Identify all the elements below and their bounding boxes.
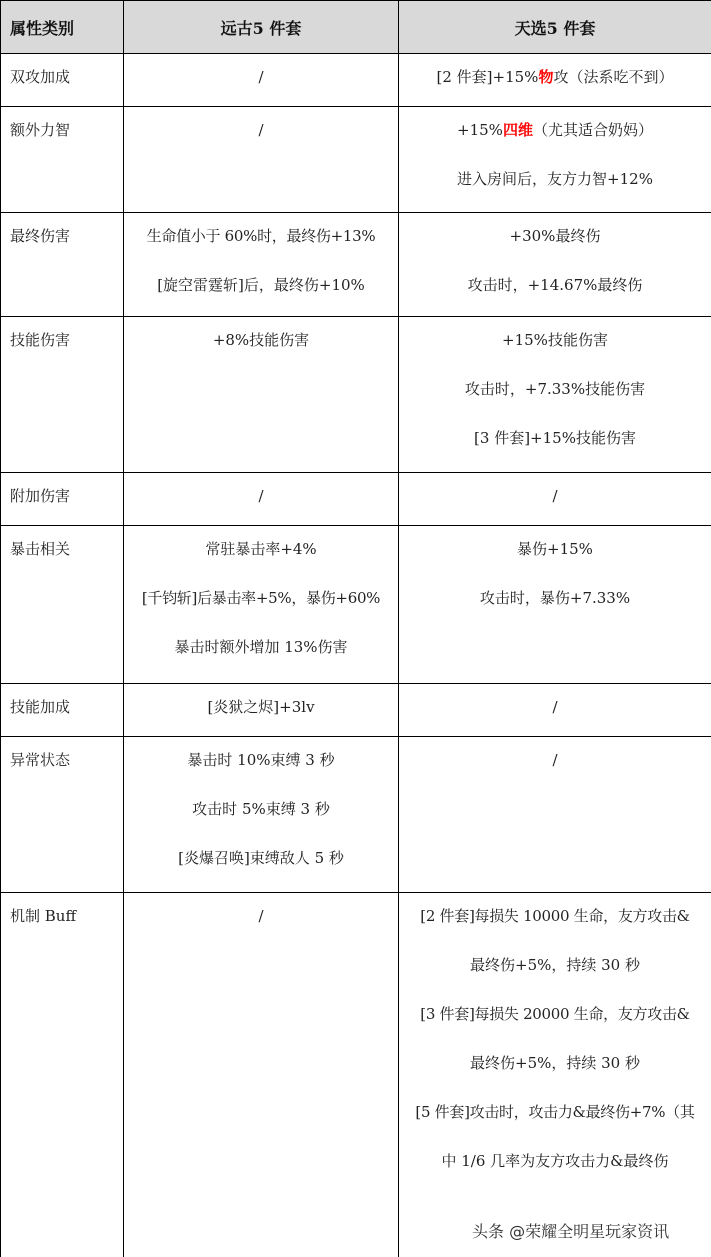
watermark: 头条 @荣耀全明星玩家资讯 [472, 1219, 669, 1242]
highlight-text: 四维 [503, 121, 533, 139]
chosen-value: 进入房间后，友方力智+12% [399, 153, 711, 205]
row-category: 技能加成 [10, 681, 123, 733]
ancient-value: 生命值小于 60%时，最终伤+13% [124, 210, 398, 262]
set-comparison-table: 属性类别 远古5 件套 天选5 件套 双攻加成 / [2 件套]+15%物攻（法… [0, 0, 711, 1257]
row-category: 最终伤害 [10, 210, 123, 262]
table-row: 机制 Buff / [2 件套]每损失 10000 生命，友方攻击& 最终伤+5… [1, 893, 711, 1257]
chosen-value: / [399, 470, 711, 522]
header-row: 属性类别 远古5 件套 天选5 件套 [1, 1, 711, 54]
ancient-value: [旋空雷霆斩]后，最终伤+10% [124, 259, 398, 311]
table-row: 附加伤害 / / [1, 473, 711, 526]
chosen-value: [2 件套]+15%物攻（法系吃不到） [399, 51, 711, 103]
row-category: 附加伤害 [10, 470, 123, 522]
chosen-value: / [399, 734, 711, 786]
ancient-value: 攻击时 5%束缚 3 秒 [124, 783, 398, 835]
chosen-value: [3 件套]每损失 20000 生命，友方攻击& [399, 988, 711, 1040]
chosen-value: 中 1/6 几率为友方攻击力&最终伤 [399, 1135, 711, 1187]
chosen-value: +15%技能伤害 [399, 314, 711, 366]
row-category: 双攻加成 [10, 51, 123, 103]
ancient-value: / [124, 51, 398, 103]
table-row: 技能伤害 +8%技能伤害 +15%技能伤害 攻击时，+7.33%技能伤害 [3 … [1, 317, 711, 473]
row-category: 异常状态 [10, 734, 123, 786]
row-category: 机制 Buff [10, 890, 123, 942]
chosen-value: [2 件套]每损失 10000 生命，友方攻击& [399, 890, 711, 942]
ancient-value: / [124, 104, 398, 156]
chosen-value: +15%四维（尤其适合奶妈） [399, 104, 711, 156]
ancient-value: +8%技能伤害 [124, 314, 398, 366]
ancient-value: 暴击时额外增加 13%伤害 [124, 621, 398, 673]
ancient-value: [千钧斩]后暴击率+5%，暴伤+60% [124, 572, 398, 624]
chosen-value: 攻击时，暴伤+7.33% [399, 572, 711, 624]
header-category: 属性类别 [1, 1, 124, 54]
row-category: 暴击相关 [10, 523, 123, 575]
row-category: 额外力智 [10, 104, 123, 156]
highlight-text: 物 [538, 68, 553, 86]
table-row: 异常状态 暴击时 10%束缚 3 秒 攻击时 5%束缚 3 秒 [炎爆召唤]束缚… [1, 737, 711, 893]
ancient-value: / [124, 890, 398, 942]
chosen-value: 攻击时，+7.33%技能伤害 [399, 363, 711, 415]
table-row: 最终伤害 生命值小于 60%时，最终伤+13% [旋空雷霆斩]后，最终伤+10%… [1, 213, 711, 317]
chosen-value: 最终伤+5%，持续 30 秒 [399, 1037, 711, 1089]
chosen-value: 最终伤+5%，持续 30 秒 [399, 939, 711, 991]
ancient-value: / [124, 470, 398, 522]
table-row: 双攻加成 / [2 件套]+15%物攻（法系吃不到） [1, 54, 711, 107]
header-chosen-set: 天选5 件套 [399, 1, 711, 54]
chosen-value: +30%最终伤 [399, 210, 711, 262]
chosen-value: 暴伤+15% [399, 523, 711, 575]
ancient-value: 暴击时 10%束缚 3 秒 [124, 734, 398, 786]
table-row: 暴击相关 常驻暴击率+4% [千钧斩]后暴击率+5%，暴伤+60% 暴击时额外增… [1, 526, 711, 684]
chosen-value: 攻击时，+14.67%最终伤 [399, 259, 711, 311]
ancient-value: [炎爆召唤]束缚敌人 5 秒 [124, 832, 398, 884]
chosen-value: [5 件套]攻击时，攻击力&最终伤+7%（其 [399, 1086, 711, 1138]
table-row: 额外力智 / +15%四维（尤其适合奶妈） 进入房间后，友方力智+12% [1, 107, 711, 213]
chosen-value: / [399, 681, 711, 733]
ancient-value: [炎狱之烬]+3lv [124, 681, 398, 733]
row-category: 技能伤害 [10, 314, 123, 366]
chosen-value: [3 件套]+15%技能伤害 [399, 412, 711, 464]
table-row: 技能加成 [炎狱之烬]+3lv / [1, 684, 711, 737]
ancient-value: 常驻暴击率+4% [124, 523, 398, 575]
header-ancient-set: 远古5 件套 [124, 1, 399, 54]
